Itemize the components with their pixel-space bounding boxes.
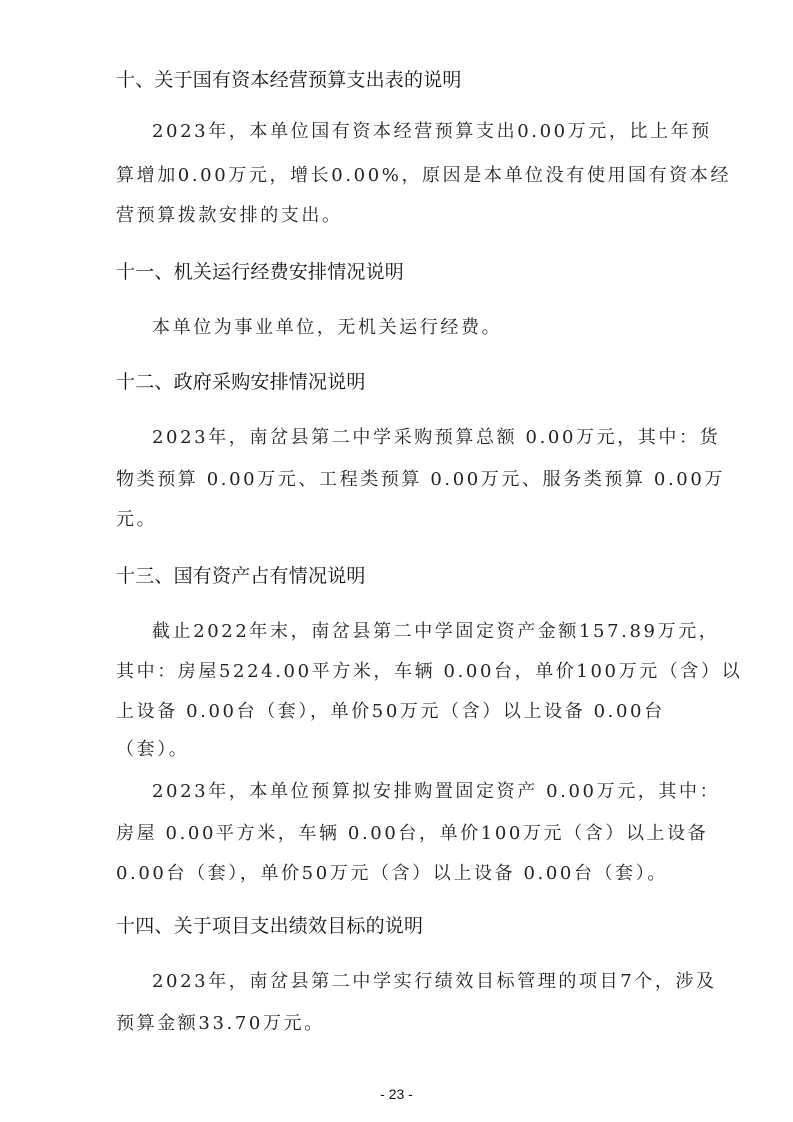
- paragraph-line: 物类预算 0.00万元、工程类预算 0.00万元、服务类预算 0.00万: [116, 468, 682, 492]
- section-heading-12: 十二、政府采购安排情况说明: [116, 370, 366, 394]
- paragraph-line: 2023年，南岔县第二中学采购预算总额 0.00万元，其中：货: [152, 426, 682, 450]
- paragraph-line: 预算金额33.70万元。: [116, 1012, 682, 1036]
- paragraph-line: 截止2022年末，南岔县第二中学固定资产金额157.89万元，: [152, 620, 682, 644]
- page-number: - 23 -: [0, 1086, 793, 1102]
- paragraph-line: 算增加0.00万元，增长0.00%，原因是本单位没有使用国有资本经: [116, 164, 682, 188]
- paragraph-line: 本单位为事业单位，无机关运行经费。: [152, 316, 682, 340]
- paragraph-line: 上设备 0.00台（套），单价50万元（含）以上设备 0.00台: [116, 700, 682, 724]
- paragraph-line: 0.00台（套），单价50万元（含）以上设备 0.00台（套）。: [116, 862, 682, 886]
- paragraph-line: 元。: [116, 508, 682, 532]
- section-heading-10: 十、关于国有资本经营预算支出表的说明: [116, 68, 462, 92]
- section-heading-11: 十一、机关运行经费安排情况说明: [116, 260, 404, 284]
- paragraph-line: （套）。: [116, 738, 682, 762]
- paragraph-line: 2023年，本单位国有资本经营预算支出0.00万元，比上年预: [152, 120, 682, 144]
- paragraph-line: 2023年，本单位预算拟安排购置固定资产 0.00万元，其中：: [152, 780, 682, 804]
- document-page: 十、关于国有资本经营预算支出表的说明 2023年，本单位国有资本经营预算支出0.…: [0, 0, 793, 1122]
- section-heading-13: 十三、国有资产占有情况说明: [116, 564, 366, 588]
- paragraph-line: 房屋 0.00平方米，车辆 0.00台，单价100万元（含）以上设备: [116, 822, 682, 846]
- paragraph-line: 营预算拨款安排的支出。: [116, 204, 682, 228]
- paragraph-line: 其中：房屋5224.00平方米，车辆 0.00台，单价100万元（含）以: [116, 660, 682, 684]
- paragraph-line: 2023年，南岔县第二中学实行绩效目标管理的项目7个，涉及: [152, 970, 682, 994]
- section-heading-14: 十四、关于项目支出绩效目标的说明: [116, 914, 423, 938]
